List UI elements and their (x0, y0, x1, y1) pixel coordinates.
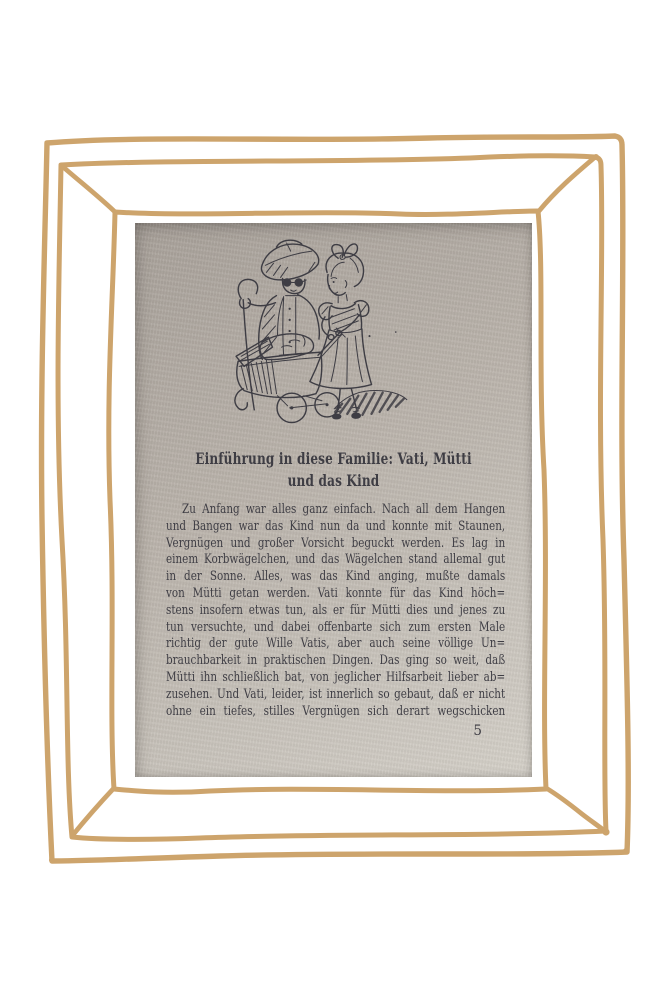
chapter-heading-line-1: Einführung in diese Familie: Vati, Mütti (179, 448, 489, 470)
frame-ink-blob (602, 828, 609, 835)
body-line: Mütti ihn schließlich bat, von jeglicher… (166, 670, 505, 687)
frame-bevel-top-left (62, 166, 114, 211)
body-line: stens insofern etwas tun, als er für Müt… (166, 603, 505, 620)
body-line: einem Korbwägelchen, und das Wägelchen s… (166, 552, 505, 569)
chapter-heading-line-2: und das Kind (179, 470, 489, 492)
frame-bevel-bottom-left (72, 788, 114, 836)
frame-ink-blob (49, 857, 55, 863)
body-line: ohne ein tiefes, stilles Vergnügen sich … (166, 704, 505, 721)
chapter-heading: Einführung in diese Familie: Vati, Mütti… (179, 448, 489, 491)
shadow-hatching (335, 390, 407, 414)
frame-ink-blob (623, 848, 629, 854)
framed-book-page-artwork: Einführung in diese Familie: Vati, Mütti… (0, 0, 667, 1000)
frame-bevel-top-right (539, 158, 594, 211)
body-line: von Mütti getan werden. Vati konnte für … (166, 586, 505, 603)
body-line: brauchbarkeit in praktischen Dingen. Das… (166, 653, 505, 670)
body-line: richtig der gute Wille Vatis, aber auch … (166, 636, 505, 653)
children-with-doll-pram-illustration (231, 236, 413, 424)
body-line: zusehen. Und Vati, leider, ist innerlich… (166, 687, 505, 704)
body-line: tun versuchte, und dabei offenbarte sich… (166, 620, 505, 637)
body-line: in der Sonne. Alles, was das Kind anging… (166, 569, 505, 586)
book-page-photo: Einführung in diese Familie: Vati, Mütti… (135, 223, 532, 777)
body-line: Vergnügen und großer Vorsicht beguckt we… (166, 536, 505, 553)
body-line: und Bangen war das Kind nun da und konnt… (166, 519, 505, 536)
frame-bevel-bottom-right (546, 788, 606, 832)
frame-ink-blob (593, 154, 599, 160)
body-line: Zu Anfang war alles ganz einfach. Nach a… (166, 502, 505, 519)
doll-pram (235, 328, 397, 423)
body-text: Zu Anfang war alles ganz einfach. Nach a… (166, 502, 505, 720)
page-number: 5 (473, 723, 482, 739)
